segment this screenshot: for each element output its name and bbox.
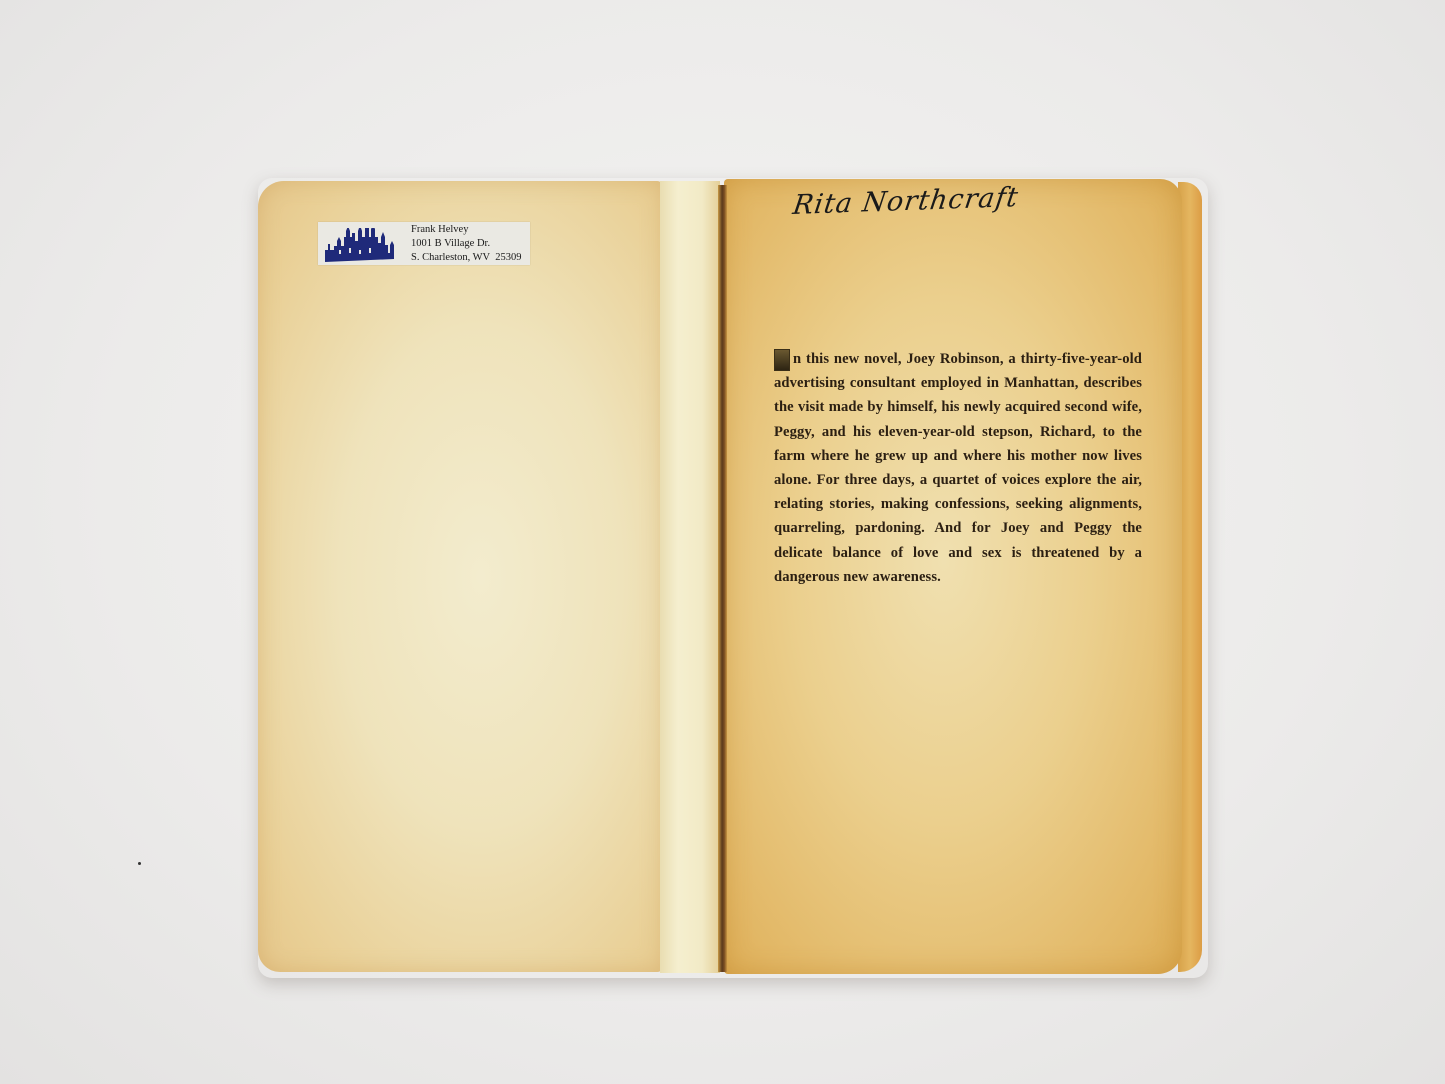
address-text: Frank Helvey 1001 B Village Dr. S. Charl… — [411, 223, 521, 265]
gutter-edge — [718, 185, 727, 972]
book-spine — [660, 181, 720, 973]
blurb-text: n this new novel, Joey Robinson, a thirt… — [774, 347, 1142, 589]
address-city: S. Charleston, WV 25309 — [411, 251, 521, 265]
background-speck — [138, 862, 141, 865]
address-name: Frank Helvey — [411, 223, 521, 237]
address-street: 1001 B Village Dr. — [411, 237, 521, 251]
book-blurb: n this new novel, Joey Robinson, a thirt… — [774, 347, 1142, 589]
castle-silhouette-icon — [325, 228, 395, 262]
dropcap-icon — [774, 349, 790, 371]
inside-front-cover — [258, 181, 663, 972]
address-label: Frank Helvey 1001 B Village Dr. S. Charl… — [318, 222, 530, 265]
